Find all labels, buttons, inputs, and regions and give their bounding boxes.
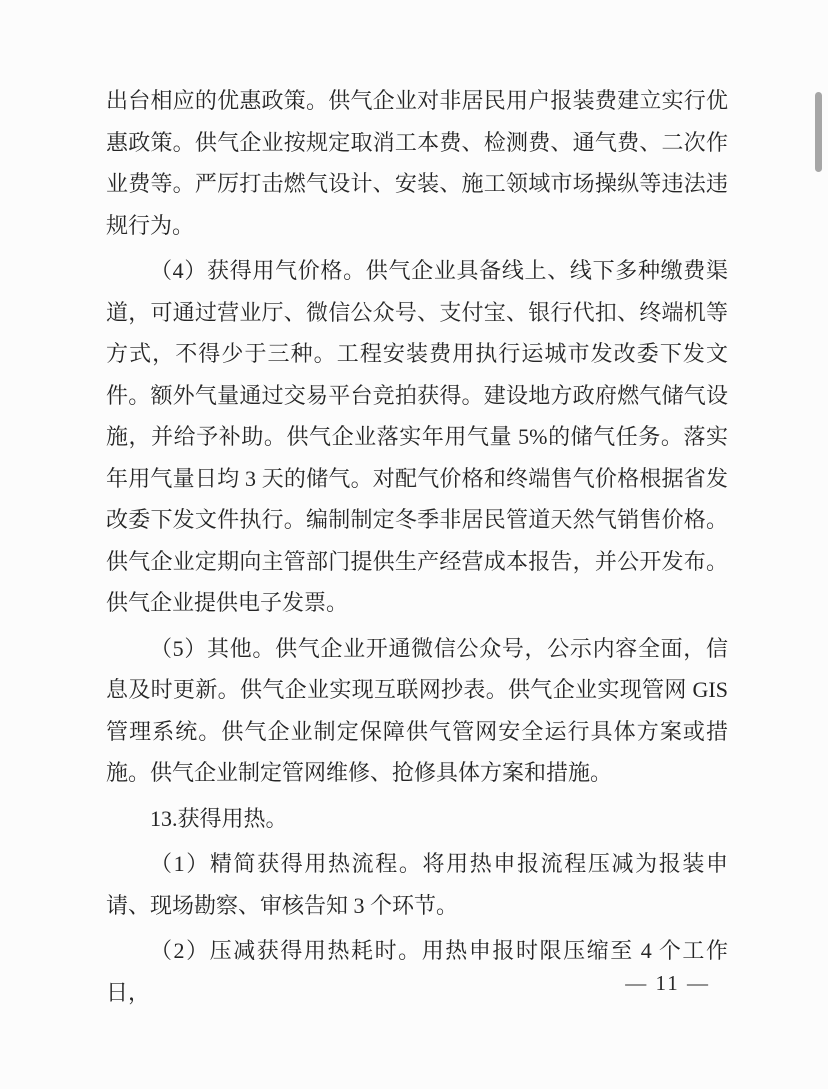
paragraph-item5-other: （5）其他。供气企业开通微信公众号，公示内容全面，信息及时更新。供气企业实现互联… [106,628,728,794]
document-body: 出台相应的优惠政策。供气企业对非居民用户报装费建立实行优惠政策。供气企业按规定取… [106,80,728,1017]
page-number: — 11 — [625,971,710,996]
paragraph-item4-gas-price: （4）获得用气价格。供气企业具备线上、线下多种缴费渠道，可通过营业厅、微信公众号… [106,250,728,624]
paragraph-heating-item1: （1）精简获得用热流程。将用热申报流程压减为报装申请、现场勘察、审核告知 3 个… [106,843,728,926]
scrollbar-thumb[interactable] [815,92,822,172]
document-page: 出台相应的优惠政策。供气企业对非居民用户报装费建立实行优惠政策。供气企业按规定取… [0,0,828,1089]
paragraph-gas-policy-continuation: 出台相应的优惠政策。供气企业对非居民用户报装费建立实行优惠政策。供气企业按规定取… [106,80,728,246]
heading-13-get-heating: 13.获得用热。 [106,798,728,840]
